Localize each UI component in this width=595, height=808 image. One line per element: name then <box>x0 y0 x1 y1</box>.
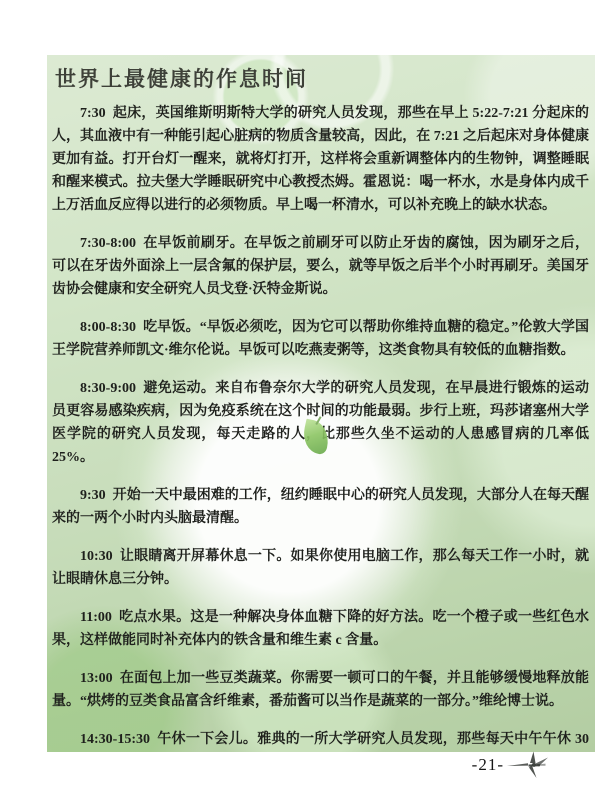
time-label: 14:30-15:30 <box>80 732 150 747</box>
time-label: 8:00-8:30 <box>80 320 136 335</box>
time-label: 7:30-8:00 <box>80 236 136 251</box>
schedule-paragraph: 11:00吃点水果。这是一种解决身体血糖下降的好方法。吃一个橙子或一些红色水果，… <box>52 606 589 652</box>
paragraph-text: 让眼睛离开屏幕休息一下。如果你使用电脑工作，那么每天工作一小时，就让眼睛休息三分… <box>52 549 589 587</box>
page-title: 世界上最健康的作息时间 <box>47 55 595 99</box>
schedule-paragraph: 10:30让眼睛离开屏幕休息一下。如果你使用电脑工作，那么每天工作一小时，就让眼… <box>52 545 589 591</box>
time-label: 9:30 <box>80 488 106 503</box>
time-label: 7:30 <box>80 106 106 121</box>
paragraph-text: 在面包上加一些豆类蔬菜。你需要一顿可口的午餐，并且能够缓慢地释放能量。“烘烤的豆… <box>52 671 589 709</box>
time-label: 8:30-9:00 <box>80 381 136 396</box>
document-page: 世界上最健康的作息时间 7:30起床，英国维斯明斯特大学的研究人员发现，那些在早… <box>0 0 595 808</box>
paragraph-text: 吃点水果。这是一种解决身体血糖下降的好方法。吃一个橙子或一些红色水果，这样做能同… <box>52 610 589 648</box>
page-footer: -21- <box>472 751 549 779</box>
paragraph-text: 开始一天中最困难的工作，纽约睡眠中心的研究人员发现，大部分人在每天醒来的一两个小… <box>52 488 589 526</box>
time-label: 13:00 <box>80 671 113 686</box>
page-number: -21- <box>472 755 504 775</box>
schedule-paragraph: 8:00-8:30吃早饭。“早饭必须吃，因为它可以帮助你维持血糖的稳定。”伦敦大… <box>52 316 589 362</box>
schedule-paragraph: 13:00在面包上加一些豆类蔬菜。你需要一顿可口的午餐，并且能够缓慢地释放能量。… <box>52 667 589 713</box>
paragraph-text: 起床，英国维斯明斯特大学的研究人员发现，那些在早上 5:22-7:21 分起床的… <box>52 106 589 213</box>
schedule-paragraph: 9:30开始一天中最困难的工作，纽约睡眠中心的研究人员发现，大部分人在每天醒来的… <box>52 484 589 530</box>
time-label: 10:30 <box>80 549 113 564</box>
ink-ornament-icon <box>507 750 549 780</box>
schedule-paragraph: 14:30-15:30午休一下会儿。雅典的一所大学研究人员发现，那些每天中午午休… <box>52 728 589 752</box>
schedule-paragraph: 7:30-8:00在早饭前刷牙。在早饭之前刷牙可以防止牙齿的腐蚀，因为刷牙之后，… <box>52 232 589 301</box>
schedule-paragraph: 7:30起床，英国维斯明斯特大学的研究人员发现，那些在早上 5:22-7:21 … <box>52 102 589 217</box>
time-label: 11:00 <box>80 610 112 625</box>
content-panel: 世界上最健康的作息时间 7:30起床，英国维斯明斯特大学的研究人员发现，那些在早… <box>47 55 595 752</box>
